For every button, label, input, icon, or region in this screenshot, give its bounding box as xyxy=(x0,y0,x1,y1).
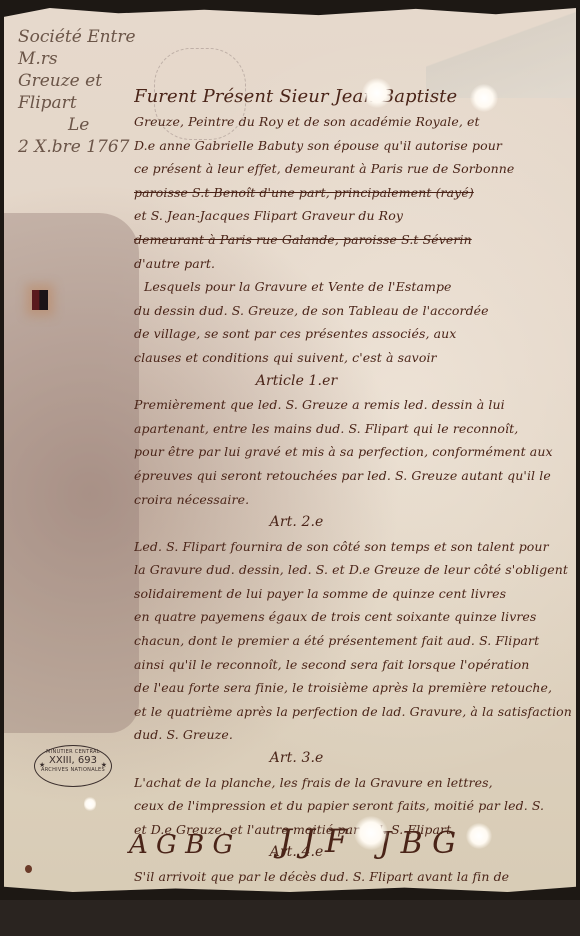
body-line: du dessin dud. S. Greuze, de son Tableau… xyxy=(134,299,579,323)
glass-reflection xyxy=(362,78,392,108)
article-line: solidairement de lui payer la somme de q… xyxy=(134,582,579,606)
opening-line: Furent Présent Sieur Jean Baptiste xyxy=(134,84,579,110)
ribbon-remnant xyxy=(32,290,48,310)
article-line: apartenant, entre les mains dud. S. Flip… xyxy=(134,417,579,441)
archive-stamp: ★ ★ MINUTIER CENTRAL XXIII, 693 ARCHIVES… xyxy=(34,745,112,787)
contract-body: Furent Présent Sieur Jean Baptiste Greuz… xyxy=(134,84,579,900)
article-line: dud. S. Greuze. xyxy=(134,723,579,747)
margin-note-line: Greuze et Flipart xyxy=(18,70,148,114)
body-line: demeurant à Paris rue Galande, paroisse … xyxy=(134,228,579,252)
article-line: son ouvrage, la planche demeurât imparfa… xyxy=(134,889,579,900)
star-icon: ★ xyxy=(101,761,107,769)
article-line: épreuves qui seront retouchées par led. … xyxy=(134,464,579,488)
margin-note-line: Le xyxy=(18,114,148,136)
body-line: et S. Jean-Jacques Flipart Graveur du Ro… xyxy=(134,204,579,228)
glass-reflection xyxy=(354,816,388,850)
signature-agbg: A G B G xyxy=(129,830,233,860)
glass-reflection xyxy=(466,823,492,849)
body-line: clauses et conditions qui suivent, c'est… xyxy=(134,346,579,370)
article-line: ceux de l'impression et du papier seront… xyxy=(134,794,579,818)
manuscript-paper: Société Entre M.rs Greuze et Flipart Le … xyxy=(4,8,576,892)
paper-shadow xyxy=(4,213,139,733)
glass-reflection xyxy=(470,84,498,112)
article-line: L'achat de la planche, les frais de la G… xyxy=(134,771,579,795)
margin-note-line: Société Entre M.rs xyxy=(18,26,148,70)
body-line: Lesquels pour la Gravure et Vente de l'E… xyxy=(134,275,579,299)
article-line: chacun, dont le premier a été présenteme… xyxy=(134,629,579,653)
body-line-struck: paroisse S.t Benoît d'une part, principa… xyxy=(134,181,579,205)
star-icon: ★ xyxy=(39,761,45,769)
article-heading: Art. 2.e xyxy=(134,511,579,535)
body-line: d'autre part. xyxy=(134,252,579,276)
signature-jbg: J B G xyxy=(379,826,456,861)
article-line: pour être par lui gravé et mis à sa perf… xyxy=(134,440,579,464)
signatures: A G B G J J F J B G xyxy=(129,830,489,880)
margin-note: Société Entre M.rs Greuze et Flipart Le … xyxy=(18,26,148,158)
body-line: D.e anne Gabrielle Babuty son épouse qu'… xyxy=(134,134,579,158)
ink-stain xyxy=(25,865,32,873)
article-line: Led. S. Flipart fournira de son côté son… xyxy=(134,535,579,559)
body-line: Greuze, Peintre du Roy et de son académi… xyxy=(134,110,579,134)
article-line: et le quatrième après la perfection de l… xyxy=(134,700,579,724)
margin-note-date: 2 X.bre 1767 xyxy=(18,136,148,158)
article-line: croira nécessaire. xyxy=(134,488,579,512)
article-line: ainsi qu'il le reconnoît, le second sera… xyxy=(134,653,579,677)
article-line: Premièrement que led. S. Greuze a remis … xyxy=(134,393,579,417)
signature-jjf: J J F xyxy=(279,822,347,860)
article-heading: Article 1.er xyxy=(134,370,579,394)
body-line: ce présent à leur effet, demeurant à Par… xyxy=(134,157,579,181)
document-frame: Société Entre M.rs Greuze et Flipart Le … xyxy=(0,0,580,900)
article-heading: Art. 3.e xyxy=(134,747,579,771)
body-line: de village, se sont par ces présentes as… xyxy=(134,322,579,346)
article-line: la Gravure dud. dessin, led. S. et D.e G… xyxy=(134,558,579,582)
article-line: de l'eau forte sera finie, le troisième … xyxy=(134,676,579,700)
article-line: en quatre payemens égaux de trois cent s… xyxy=(134,605,579,629)
glass-reflection xyxy=(84,796,96,812)
